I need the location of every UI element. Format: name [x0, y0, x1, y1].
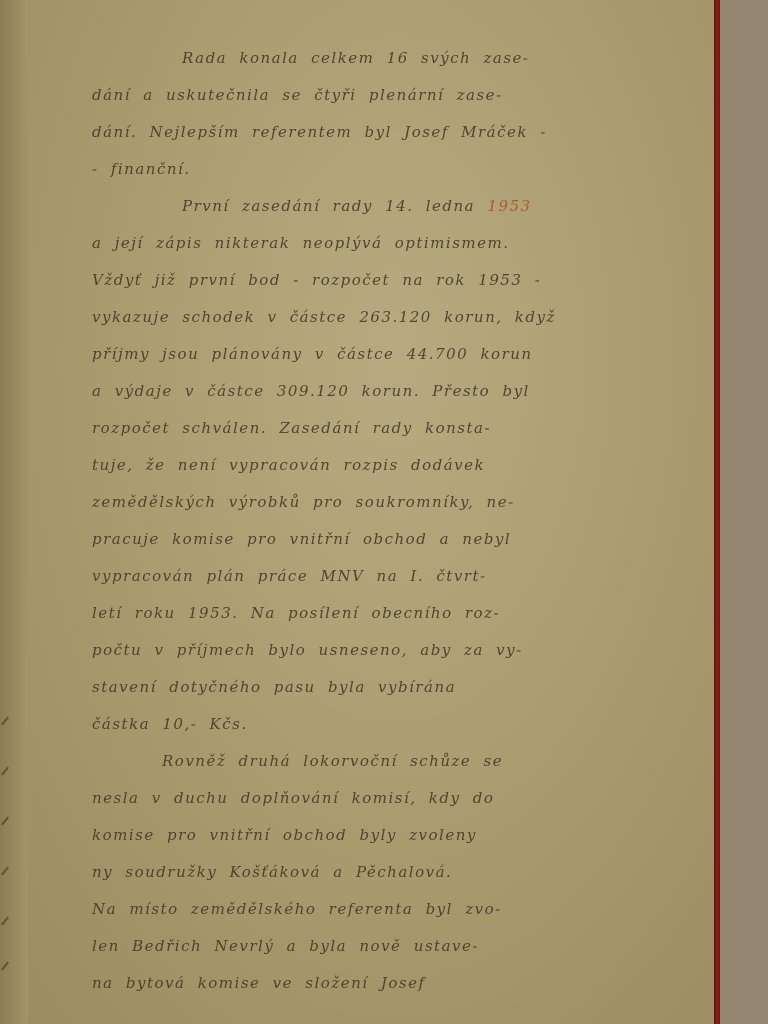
text-line: tuje, že není vypracován rozpis dodávek [92, 447, 612, 484]
text-line: rozpočet schválen. Zasedání rady konsta- [92, 410, 612, 447]
text-line: Vždyť již první bod - rozpočet na rok 19… [92, 262, 612, 299]
text-line: částka 10,- Kčs. [92, 706, 612, 743]
paragraph-heading: První zasedání rady 14. ledna [182, 197, 475, 215]
text-line: dání a uskutečnila se čtyři plenární zas… [92, 77, 612, 114]
text-line: na bytová komise ve složení Josef [92, 965, 612, 1002]
text-line: vykazuje schodek v částce 263.120 korun,… [92, 299, 612, 336]
text-line: letí roku 1953. Na posílení obecního roz… [92, 595, 612, 632]
background-surface [720, 0, 768, 1024]
text-line: ny soudružky Košťáková a Pěchalová. [92, 854, 612, 891]
facing-page-handwriting-fragments [0, 700, 18, 1000]
handwritten-text: Rada konala celkem 16 svých zase- dání a… [92, 40, 612, 1002]
text-line: příjmy jsou plánovány v částce 44.700 ko… [92, 336, 612, 373]
text-line: Rada konala celkem 16 svých zase- [92, 40, 612, 77]
text-line: a výdaje v částce 309.120 korun. Přesto … [92, 373, 612, 410]
text-line: zemědělských výrobků pro soukromníky, ne… [92, 484, 612, 521]
text-line: len Bedřich Nevrlý a byla nově ustave- [92, 928, 612, 965]
text-line: Na místo zemědělského referenta byl zvo- [92, 891, 612, 928]
text-line: pracuje komise pro vnitřní obchod a neby… [92, 521, 612, 558]
text-line: dání. Nejlepším referentem byl Josef Mrá… [92, 114, 612, 151]
year-annotation-red: 1953 [487, 197, 531, 215]
text-line: a její zápis nikterak neoplývá optimisme… [92, 225, 612, 262]
paragraph-2: První zasedání rady 14. ledna 1953 a jej… [92, 188, 612, 743]
text-line: Rovněž druhá lokorvoční schůze se [92, 743, 612, 780]
paragraph-3: Rovněž druhá lokorvoční schůze se nesla … [92, 743, 612, 1002]
text-line: stavení dotyčného pasu byla vybírána [92, 669, 612, 706]
text-line: nesla v duchu doplňování komisí, kdy do [92, 780, 612, 817]
paragraph-1: Rada konala celkem 16 svých zase- dání a… [92, 40, 612, 188]
text-line: vypracován plán práce MNV na I. čtvrt- [92, 558, 612, 595]
text-line: komise pro vnitřní obchod byly zvoleny [92, 817, 612, 854]
text-line: počtu v příjmech bylo usneseno, aby za v… [92, 632, 612, 669]
text-line: - finanční. [92, 151, 612, 188]
text-line: První zasedání rady 14. ledna 1953 [92, 188, 612, 225]
